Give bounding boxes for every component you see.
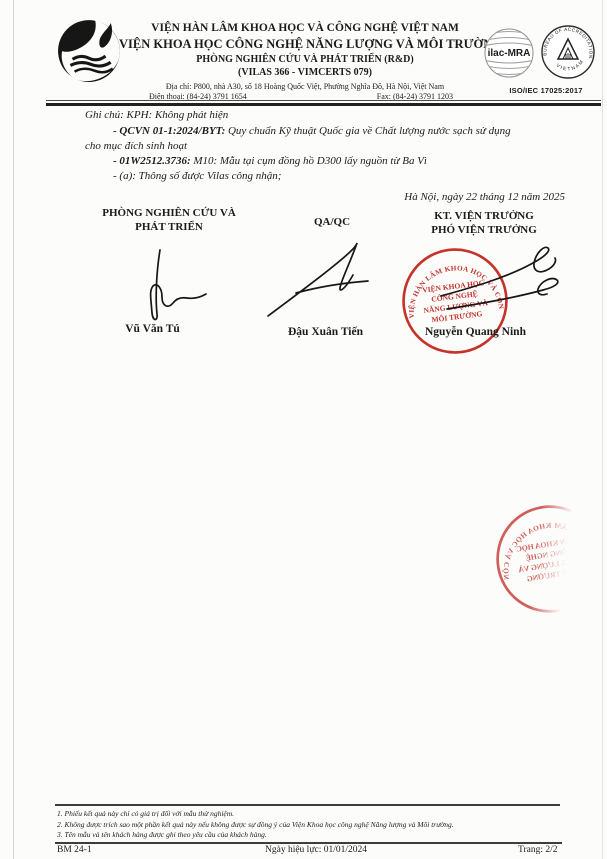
signer-col1-title-line1: PHÒNG NGHIÊN CỨU VÀ xyxy=(93,207,245,221)
signer-col3-title-line2: PHÓ VIỆN TRƯỞNG xyxy=(400,224,568,238)
boa-vietnam-logo-icon: BUREAU OF ACCREDITATION VIETNAM xyxy=(540,24,596,80)
signer-col2-name: Đậu Xuân Tiến xyxy=(273,326,378,338)
note-item-vilas: - (a): Thông số được Vilas công nhận; xyxy=(113,170,281,182)
address-line: Địa chỉ: P800, nhà A30, số 18 Hoàng Quốc… xyxy=(119,82,491,91)
stamp-bleedthrough: VIỆN HÀN LÂM KHOA HỌC VÀ CÔNG NGHỆ VIỆT … xyxy=(494,503,607,627)
place-date-line: Hà Nội, ngày 22 tháng 12 năm 2025 xyxy=(300,191,565,203)
note-item-qcvn: - QCVN 01-1:2024/BYT: Quy chuẩn Kỹ thuật… xyxy=(113,125,511,137)
effective-date: Ngày hiệu lực: 01/01/2024 xyxy=(265,845,367,855)
signer-col1-title-line2: PHÁT TRIỂN xyxy=(93,221,245,235)
signature-dau-xuan-tien xyxy=(268,243,368,316)
signer-col3-name: Nguyễn Quang Ninh xyxy=(398,326,553,338)
footer-note-2: 2. Không được trích sao một phần kết quả… xyxy=(57,820,454,829)
official-red-stamp: VIỆN HÀN LÂM KHOA HỌC VÀ CÔNG NGHỆ VIỆT … xyxy=(394,240,517,363)
header-divider-thin xyxy=(46,100,601,101)
note-item-sample-code: - 01W2512.3736: xyxy=(113,155,191,167)
form-code: BM 24-1 xyxy=(57,845,92,855)
signer-col1-title: PHÒNG NGHIÊN CỨU VÀ PHÁT TRIỂN xyxy=(93,207,245,234)
footer-divider-top xyxy=(55,804,560,806)
signer-col3-title: KT. VIỆN TRƯỞNG PHÓ VIỆN TRƯỞNG xyxy=(400,210,568,237)
report-page: VIỆN HÀN LÂM KHOA HỌC VÀ CÔNG NGHỆ VIỆT … xyxy=(0,0,607,859)
department-name: PHÒNG NGHIÊN CỨU VÀ PHÁT TRIỂN (R&D) xyxy=(119,54,491,66)
footer-note-1: 1. Phiếu kết quả này chỉ có giá trị đối … xyxy=(57,809,234,818)
signature-vu-van-tu xyxy=(151,250,206,320)
note-item-sample-text: M10: Mẫu tại cụm đồng hồ D300 lấy nguồn … xyxy=(191,155,427,167)
notes-heading: Ghi chú: KPH: Không phát hiện xyxy=(85,109,228,121)
scan-edge-left xyxy=(13,0,14,859)
signer-col1-name: Vũ Văn Tú xyxy=(100,323,205,335)
signer-col2-title: QA/QC xyxy=(300,216,364,230)
iso-standard-label: ISO/IEC 17025:2017 xyxy=(498,86,594,95)
header-text-block: VIỆN HÀN LÂM KHOA HỌC VÀ CÔNG NGHỆ VIỆT … xyxy=(119,22,491,102)
note-item-qcvn-code: - QCVN 01-1:2024/BYT: xyxy=(113,125,225,137)
note-item-sample: - 01W2512.3736: M10: Mẫu tại cụm đồng hồ… xyxy=(113,155,427,167)
accreditation-codes: (VILAS 366 - VIMCERTS 079) xyxy=(119,67,491,79)
note-item-qcvn-text: Quy chuẩn Kỹ thuật Quốc gia về Chất lượn… xyxy=(225,125,510,137)
institute-name: VIỆN KHOA HỌC CÔNG NGHỆ NĂNG LƯỢNG VÀ MÔ… xyxy=(119,37,491,52)
ilac-mra-label: ilac-MRA xyxy=(488,48,531,59)
note-item-qcvn-cont: cho mục đích sinh hoạt xyxy=(85,140,187,152)
footer-divider-bottom xyxy=(55,842,562,844)
scan-edge-right xyxy=(602,0,603,859)
signer-col3-title-line1: KT. VIỆN TRƯỞNG xyxy=(400,210,568,224)
ilac-mra-logo-icon: ilac-MRA xyxy=(483,27,535,79)
page-number: Trang: 2/2 xyxy=(518,845,558,855)
footer-note-3: 3. Tên mẫu và tên khách hàng được ghi th… xyxy=(57,830,267,839)
parent-org-name: VIỆN HÀN LÂM KHOA HỌC VÀ CÔNG NGHỆ VIỆT … xyxy=(119,22,491,36)
header-divider-thick xyxy=(46,103,601,106)
institute-logo-icon xyxy=(56,18,122,84)
